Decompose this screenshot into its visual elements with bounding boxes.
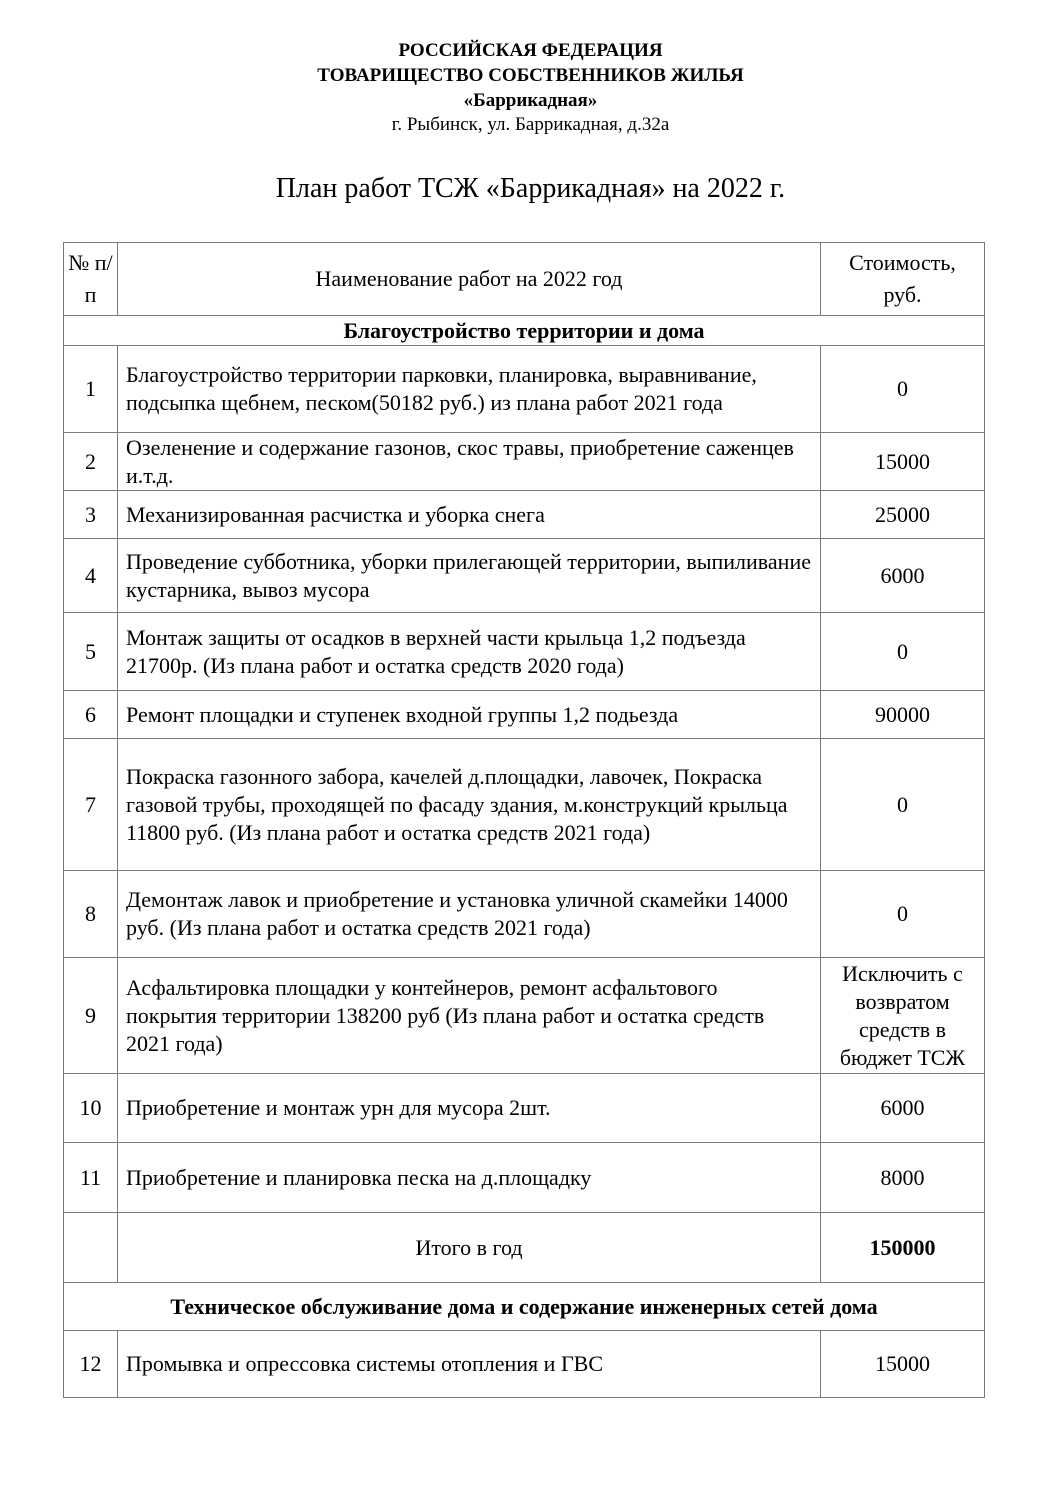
table-row: 10 Приобретение и монтаж урн для мусора … xyxy=(64,1074,985,1143)
total-label: Итого в год xyxy=(118,1213,821,1283)
row-work-name: Покраска газонного забора, качелей д.пло… xyxy=(118,739,821,871)
row-number: 6 xyxy=(64,691,118,739)
row-cost: 25000 xyxy=(821,491,985,539)
row-work-name: Приобретение и планировка песка на д.пло… xyxy=(118,1143,821,1213)
row-number: 8 xyxy=(64,871,118,958)
column-header-name: Наименование работ на 2022 год xyxy=(118,243,821,316)
row-number: 9 xyxy=(64,958,118,1074)
row-number: 3 xyxy=(64,491,118,539)
header-country: РОССИЙСКАЯ ФЕДЕРАЦИЯ xyxy=(0,40,1061,62)
section-title: Техническое обслуживание дома и содержан… xyxy=(64,1283,985,1331)
table-row: 5 Монтаж защиты от осадков в верхней час… xyxy=(64,613,985,691)
row-cost: 0 xyxy=(821,739,985,871)
table-row: 2 Озеленение и содержание газонов, скос … xyxy=(64,433,985,491)
header-address: г. Рыбинск, ул. Баррикадная, д.32а xyxy=(0,114,1061,136)
row-work-name: Озеленение и содержание газонов, скос тр… xyxy=(118,433,821,491)
section-title: Благоустройство территории и дома xyxy=(64,316,985,346)
table-row: 7 Покраска газонного забора, качелей д.п… xyxy=(64,739,985,871)
table-row: 3 Механизированная расчистка и уборка сн… xyxy=(64,491,985,539)
row-number: 10 xyxy=(64,1074,118,1143)
column-header-num-text: № п/п xyxy=(68,250,112,307)
row-number: 4 xyxy=(64,539,118,613)
row-number: 5 xyxy=(64,613,118,691)
row-cost: 6000 xyxy=(821,1074,985,1143)
header-org-name: «Баррикадная» xyxy=(0,90,1061,112)
row-work-name: Благоустройство территории парковки, пла… xyxy=(118,346,821,433)
row-number: 2 xyxy=(64,433,118,491)
row-work-name: Монтаж защиты от осадков в верхней части… xyxy=(118,613,821,691)
row-cost: 90000 xyxy=(821,691,985,739)
column-header-cost: Стоимость, руб. xyxy=(821,243,985,316)
column-header-num: № п/п xyxy=(64,243,118,316)
page-title: План работ ТСЖ «Баррикадная» на 2022 г. xyxy=(0,172,1061,206)
row-number: 1 xyxy=(64,346,118,433)
table-row: 11 Приобретение и планировка песка на д.… xyxy=(64,1143,985,1213)
row-work-name: Промывка и опрессовка системы отопления … xyxy=(118,1331,821,1398)
row-cost: 0 xyxy=(821,346,985,433)
row-work-name: Ремонт площадки и ступенек входной групп… xyxy=(118,691,821,739)
header-organization: ТОВАРИЩЕСТВО СОБСТВЕННИКОВ ЖИЛЬЯ xyxy=(0,65,1061,87)
table-row: 9 Асфальтировка площадки у контейнеров, … xyxy=(64,958,985,1074)
row-cost: 15000 xyxy=(821,1331,985,1398)
table-row: 8 Демонтаж лавок и приобретение и устано… xyxy=(64,871,985,958)
row-cost: 6000 xyxy=(821,539,985,613)
row-work-name: Приобретение и монтаж урн для мусора 2шт… xyxy=(118,1074,821,1143)
row-number: 11 xyxy=(64,1143,118,1213)
table-row: 6 Ремонт площадки и ступенек входной гру… xyxy=(64,691,985,739)
row-cost: 0 xyxy=(821,613,985,691)
total-row: Итого в год 150000 xyxy=(64,1213,985,1283)
table-row: 4 Проведение субботника, уборки прилегаю… xyxy=(64,539,985,613)
table-row: 1 Благоустройство территории парковки, п… xyxy=(64,346,985,433)
row-cost: 8000 xyxy=(821,1143,985,1213)
section-row: Техническое обслуживание дома и содержан… xyxy=(64,1283,985,1331)
row-number: 12 xyxy=(64,1331,118,1398)
row-work-name: Демонтаж лавок и приобретение и установк… xyxy=(118,871,821,958)
row-number: 7 xyxy=(64,739,118,871)
section-row: Благоустройство территории и дома xyxy=(64,316,985,346)
row-work-name: Проведение субботника, уборки прилегающе… xyxy=(118,539,821,613)
table-row: 12 Промывка и опрессовка системы отоплен… xyxy=(64,1331,985,1398)
row-cost: Исключить с возвратом средств в бюджет Т… xyxy=(821,958,985,1074)
row-work-name: Механизированная расчистка и уборка снег… xyxy=(118,491,821,539)
row-cost: 15000 xyxy=(821,433,985,491)
row-cost: 0 xyxy=(821,871,985,958)
row-work-name: Асфальтировка площадки у контейнеров, ре… xyxy=(118,958,821,1074)
total-value: 150000 xyxy=(821,1213,985,1283)
total-number-cell xyxy=(64,1213,118,1283)
work-plan-table: № п/п Наименование работ на 2022 год Сто… xyxy=(63,242,985,1398)
table-header-row: № п/п Наименование работ на 2022 год Сто… xyxy=(64,243,985,316)
